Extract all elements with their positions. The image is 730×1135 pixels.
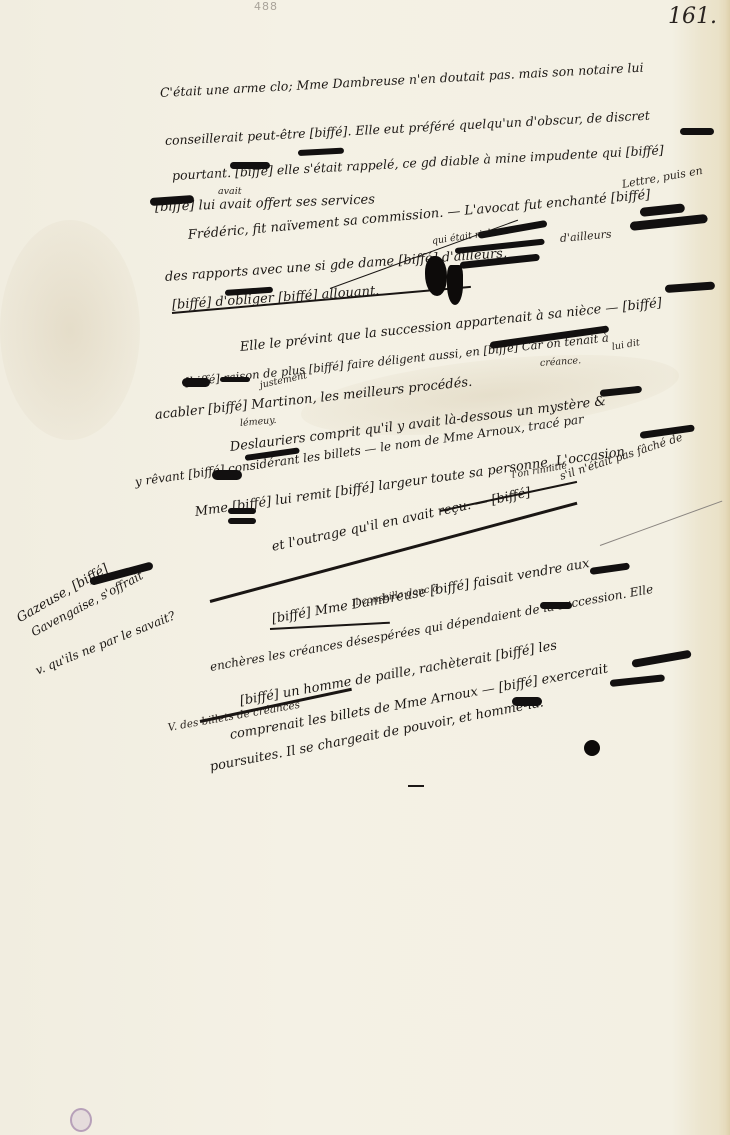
folio-number: 161. — [668, 4, 717, 29]
manuscript-line: conseillerait peut-être [biffé]. Elle eu… — [165, 108, 651, 148]
interlinear-insertion: Lettre, puis en — [621, 164, 704, 191]
ink-deletion — [665, 282, 715, 293]
ink-deletion — [680, 128, 714, 135]
ink-deletion — [212, 470, 242, 480]
page-edge-shadow — [718, 0, 730, 1135]
manuscript-line: C'était une arme clo; Mme Dambreuse n'en… — [160, 60, 644, 100]
ink-blot — [584, 740, 600, 756]
ink-deletion — [230, 162, 270, 169]
ink-deletion — [228, 518, 256, 524]
archive-stamp: 488 — [254, 0, 278, 13]
interlinear-insertion: lémeuy. — [240, 415, 277, 429]
ink-deletion — [182, 378, 210, 387]
ink-deletion — [228, 508, 256, 514]
interlinear-insertion: d'ailleurs — [559, 228, 612, 245]
library-stamp — [70, 1108, 92, 1132]
ink-deletion — [630, 214, 709, 231]
ink-blot — [447, 265, 463, 305]
manuscript-page: 488 161. C'était une arme clo; Mme Dambr… — [0, 0, 730, 1135]
ink-deletion — [298, 148, 344, 156]
ink-deletion — [590, 562, 631, 574]
ink-deletion — [512, 697, 542, 706]
interlinear-insertion: avait — [218, 186, 242, 197]
ink-deletion — [220, 377, 250, 382]
ink-deletion — [631, 650, 691, 668]
ink-deletion — [640, 203, 686, 217]
paper-stain — [0, 220, 140, 440]
interlinear-insertion: lui dit — [611, 337, 641, 353]
ink-deletion — [610, 674, 665, 687]
ink-blot — [425, 256, 447, 296]
ink-deletion — [540, 602, 572, 609]
end-mark — [408, 785, 424, 787]
strikethrough — [600, 501, 723, 546]
